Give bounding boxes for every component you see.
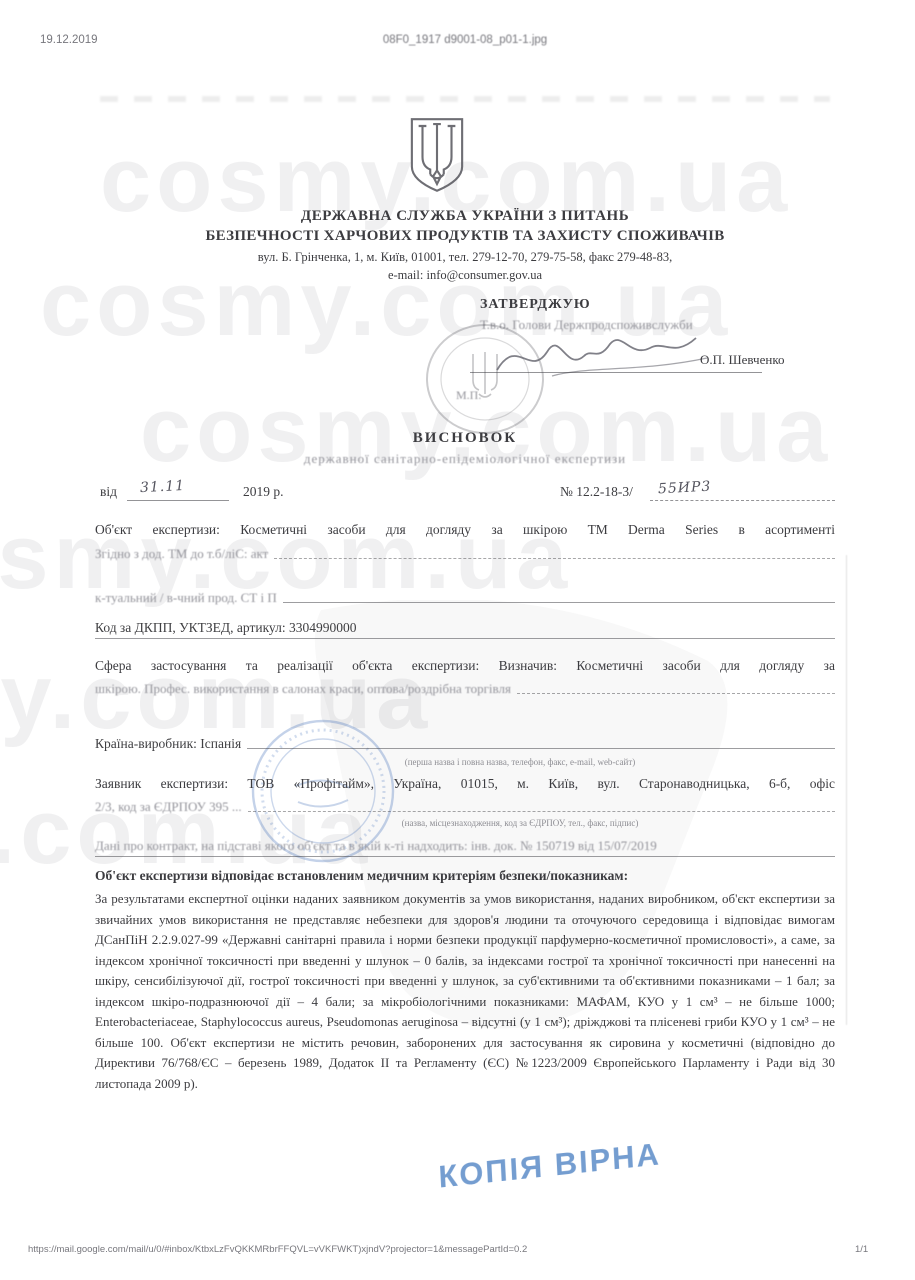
field-contract-line: Дані про контракт, на підставі якого об'… bbox=[95, 838, 657, 854]
number-underline bbox=[650, 500, 835, 501]
date-underline bbox=[127, 500, 229, 501]
handwritten-number: 55ИР3 bbox=[658, 479, 712, 498]
rule-filler bbox=[247, 748, 835, 749]
signature-line bbox=[470, 372, 762, 373]
field-code-line: Код за ДКПП, УКТЗЕД, артикул: 3304990000 bbox=[95, 620, 356, 636]
field-object-line2: Згідно з дод. ТМ до т.б/ліС: акт bbox=[95, 546, 268, 562]
print-footer-page-indicator: 1/1 bbox=[855, 1244, 868, 1255]
rule-filler bbox=[283, 602, 835, 603]
scan-edge-line bbox=[846, 555, 847, 1025]
print-date: 19.12.2019 bbox=[40, 34, 98, 46]
field-country-line: Країна-виробник: Іспанія bbox=[95, 736, 241, 752]
handwritten-signature bbox=[492, 330, 722, 382]
org-address: вул. Б. Грінченка, 1, м. Київ, 01001, те… bbox=[95, 250, 835, 265]
field-country-row: Країна-виробник: Іспанія bbox=[95, 736, 835, 752]
field-object-line2-row: Згідно з дод. ТМ до т.б/ліС: акт bbox=[95, 546, 835, 562]
field-applicant-caption: (назва, місцезнаходження, код за ЄДРПОУ,… bbox=[300, 818, 740, 828]
ukraine-trident-emblem-icon bbox=[408, 116, 466, 194]
field-object-note: к-туальний / в-чний прод. СТ і П bbox=[95, 590, 277, 606]
field-applicant-line2: 2/3, код за ЄДРПОУ 395 ... bbox=[95, 799, 242, 815]
approve-label: ЗАТВЕРДЖУЮ bbox=[480, 297, 591, 313]
scanned-document-page: cosmy.com.ua cosmy.com.ua cosmy.com.ua c… bbox=[0, 0, 915, 1280]
field-contract-row: Дані про контракт, на підставі якого об'… bbox=[95, 838, 835, 857]
org-email: e-mail: info@consumer.gov.ua bbox=[95, 268, 835, 283]
document-subtitle: державної санітарно-епідеміологічної екс… bbox=[95, 451, 835, 467]
copy-true-stamp: КОПІЯ ВІРНА bbox=[438, 1136, 662, 1195]
rule-filler bbox=[517, 693, 835, 694]
scan-noise-strip bbox=[100, 96, 830, 102]
field-code-row: Код за ДКПП, УКТЗЕД, артикул: 3304990000 bbox=[95, 620, 835, 639]
field-country-caption: (перша назва і повна назва, телефон, фак… bbox=[300, 757, 740, 767]
signer-name: О.П. Шевченко bbox=[700, 352, 784, 368]
print-filename: 08F0_1917 d9001-08_p01-1.jpg bbox=[300, 34, 630, 46]
org-name-line2: БЕЗПЕЧНОСТІ ХАРЧОВИХ ПРОДУКТІВ ТА ЗАХИСТ… bbox=[95, 228, 835, 245]
date-suffix: 2019 р. bbox=[243, 484, 284, 500]
field-object-note-row: к-туальний / в-чний прод. СТ і П bbox=[95, 590, 835, 606]
conclusion-heading: Об'єкт експертизи відповідає встановлени… bbox=[95, 868, 835, 884]
field-object-line1: Об'єкт експертизи: Косметичні засоби для… bbox=[95, 522, 835, 538]
field-scope-line1: Сфера застосування та реалізації об'єкта… bbox=[95, 658, 835, 674]
handwritten-date: 31.11 bbox=[140, 478, 186, 496]
field-applicant-line1: Заявник експертизи: ТОВ «Профітайм», Укр… bbox=[95, 776, 835, 792]
field-scope-line2: шкірою. Профес. використання в салонах к… bbox=[95, 681, 511, 697]
org-name-line1: ДЕРЖАВНА СЛУЖБА УКРАЇНИ З ПИТАНЬ bbox=[95, 208, 835, 225]
number-prefix: № 12.2-18-3/ bbox=[560, 484, 633, 500]
field-scope-line2-row: шкірою. Профес. використання в салонах к… bbox=[95, 681, 835, 697]
conclusion-body: За результатами експертної оцінки надани… bbox=[95, 889, 835, 1094]
seal-placeholder-label: М.П. bbox=[456, 388, 481, 403]
field-applicant-line2-row: 2/3, код за ЄДРПОУ 395 ... bbox=[95, 799, 835, 815]
rule-filler bbox=[274, 558, 835, 559]
print-footer-url: https://mail.google.com/mail/u/0/#inbox/… bbox=[28, 1244, 527, 1255]
date-prefix: від bbox=[100, 484, 117, 500]
document-title: ВИСНОВОК bbox=[95, 430, 835, 447]
rule-filler bbox=[248, 811, 835, 812]
